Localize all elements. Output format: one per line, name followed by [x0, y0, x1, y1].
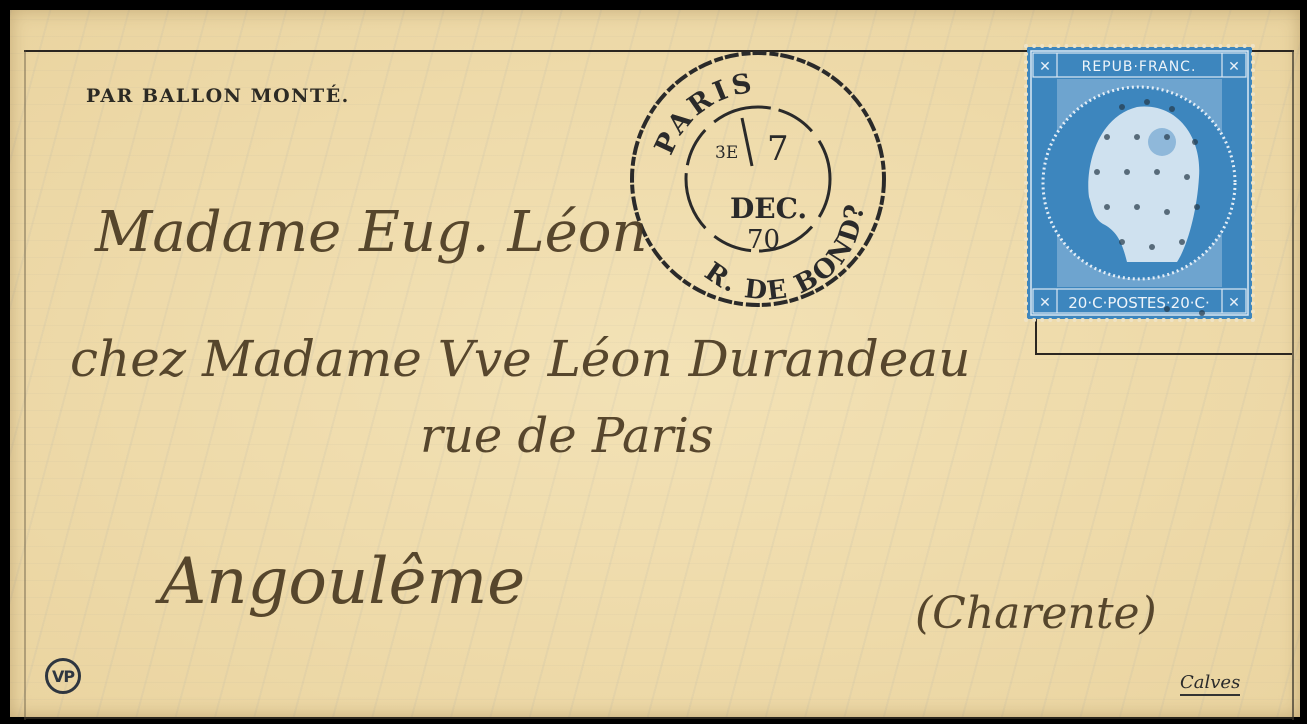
- address-line-street: rue de Paris: [420, 408, 714, 464]
- stamp-corner-br-icon: ✕: [1228, 295, 1240, 311]
- paris-postmark: PARIS R. DE BOND? 3E 7 DEC. 70: [627, 48, 889, 310]
- stamp-top-text: REPUB·FRANC.: [1082, 59, 1197, 75]
- postmark-city: PARIS: [649, 67, 758, 159]
- vp-expert-mark: VP: [45, 658, 81, 694]
- stamp-corner-bl-icon: ✕: [1039, 295, 1051, 311]
- address-line-department: (Charente): [915, 588, 1157, 639]
- postmark-day: 7: [767, 129, 789, 169]
- expert-signature: Calves: [1180, 672, 1240, 696]
- ceres-20c-stamp: ✕ ✕ ✕ ✕ REPUB·FRANC. 20·C·POSTES·20·C·: [1027, 47, 1252, 319]
- stamp-bottom-text: 20·C·POSTES·20·C·: [1068, 294, 1210, 312]
- stamp-corner-tl-icon: ✕: [1039, 59, 1051, 75]
- postmark-month: DEC.: [730, 192, 807, 225]
- right-border-rule: [1292, 50, 1294, 720]
- stamp-design: ✕ ✕ ✕ ✕ REPUB·FRANC. 20·C·POSTES·20·C·: [1027, 47, 1252, 319]
- ballon-monte-header: PAR BALLON MONTÉ.: [86, 85, 350, 107]
- address-line-care-of: chez Madame Vve Léon Durandeau: [70, 330, 970, 388]
- postmark-year: 70: [747, 225, 780, 255]
- address-line-addressee: Madame Eug. Léon: [95, 200, 648, 265]
- stamp-corner-tr-icon: ✕: [1228, 59, 1240, 75]
- svg-text:PARIS: PARIS: [649, 67, 758, 159]
- left-border-rule: [24, 50, 26, 720]
- postmark-hour: 3E: [715, 143, 738, 163]
- address-line-city: Angoulême: [160, 545, 525, 619]
- bottom-border-rule: [24, 717, 1294, 719]
